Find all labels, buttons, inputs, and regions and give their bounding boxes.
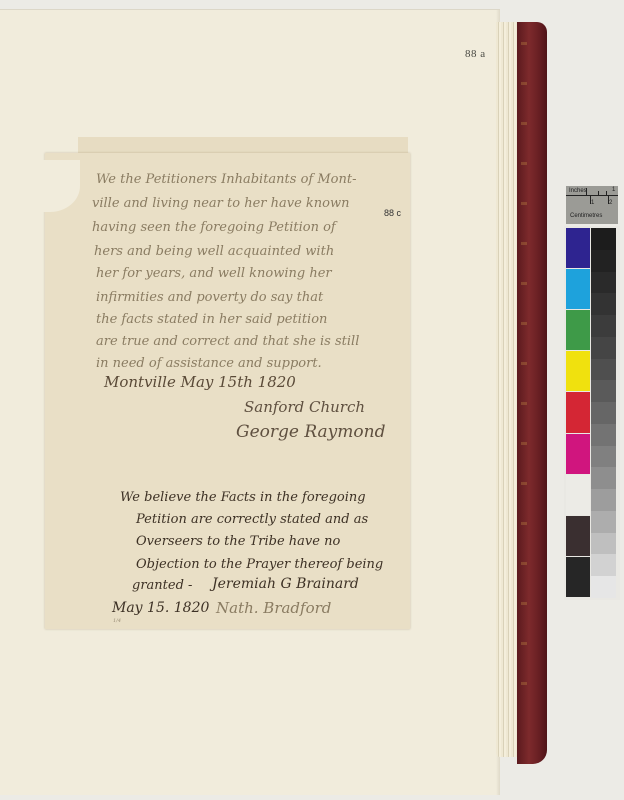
handwriting-line: Objection to the Prayer thereof being (136, 557, 383, 572)
gray-step (591, 554, 616, 576)
handwriting-line: We the Petitioners Inhabitants of Mont- (96, 172, 356, 187)
color-patch (566, 557, 590, 597)
gray-step (591, 402, 616, 424)
handwriting-line: Petition are correctly stated and as (136, 512, 368, 527)
ruler-cm-mark: 2 (609, 200, 612, 206)
measurement-ruler: Inches 1 1 2 Centimetres (566, 186, 618, 224)
handwriting-line: in need of assistance and support. (96, 356, 322, 371)
color-patch (566, 228, 590, 268)
margin-note: 1/4 (113, 618, 121, 624)
handwriting-line: hers and being well acquainted with (94, 244, 334, 259)
handwriting-line: are true and correct and that she is sti… (96, 334, 359, 349)
gray-step (591, 293, 616, 315)
handwriting-line: Overseers to the Tribe have no (136, 534, 340, 549)
signature: Nath. Bradford (216, 599, 331, 617)
gray-step (591, 467, 616, 489)
handwriting-line: having seen the foregoing Petition of (92, 220, 336, 235)
gray-step (591, 315, 616, 337)
handwriting-line: the facts stated in her said petition (96, 312, 327, 327)
color-patch (566, 475, 590, 515)
gray-step (591, 337, 616, 359)
gray-step (591, 446, 616, 468)
signature: Sanford Church (244, 398, 365, 416)
gray-step (591, 576, 616, 598)
color-patch (566, 516, 590, 556)
handwriting-line: her for years, and well knowing her (96, 266, 332, 281)
gray-step (591, 359, 616, 381)
gray-step (591, 228, 616, 250)
gray-step (591, 272, 616, 294)
signature: Jeremiah G Brainard (212, 576, 359, 592)
handwriting-line: granted - (132, 578, 192, 593)
ruler-cm-mark: 1 (591, 200, 594, 206)
gray-step (591, 250, 616, 272)
color-patch (566, 310, 590, 350)
handwriting-line: We believe the Facts in the foregoing (120, 490, 366, 505)
color-patch (566, 434, 590, 474)
page-edges (496, 22, 518, 757)
endorsement-date: May 15. 1820 (112, 600, 209, 616)
color-patch (566, 351, 590, 391)
signature: George Raymond (236, 422, 385, 442)
gray-step (591, 380, 616, 402)
ruler-inch-mark: 1 (612, 187, 615, 193)
handwriting-line: ville and living near to her have known (92, 196, 350, 211)
ruler-inches-label: Inches (569, 188, 587, 194)
handwriting-line: infirmities and poverty do say that (96, 290, 323, 305)
color-patch (566, 392, 590, 432)
color-checker-strip (566, 228, 618, 598)
gray-step (591, 533, 616, 555)
book-binding (517, 22, 547, 764)
gray-step (591, 489, 616, 511)
gray-step (591, 424, 616, 446)
color-patch (566, 269, 590, 309)
place-date: Montville May 15th 1820 (104, 373, 296, 391)
gray-step (591, 511, 616, 533)
scanned-document-view: 88 a 88 c We the Petitioners Inhabitants… (0, 0, 624, 800)
letter-stamp-number: 88 c (384, 208, 401, 218)
folio-number: 88 a (465, 48, 486, 60)
ruler-centimetres-label: Centimetres (570, 213, 602, 219)
